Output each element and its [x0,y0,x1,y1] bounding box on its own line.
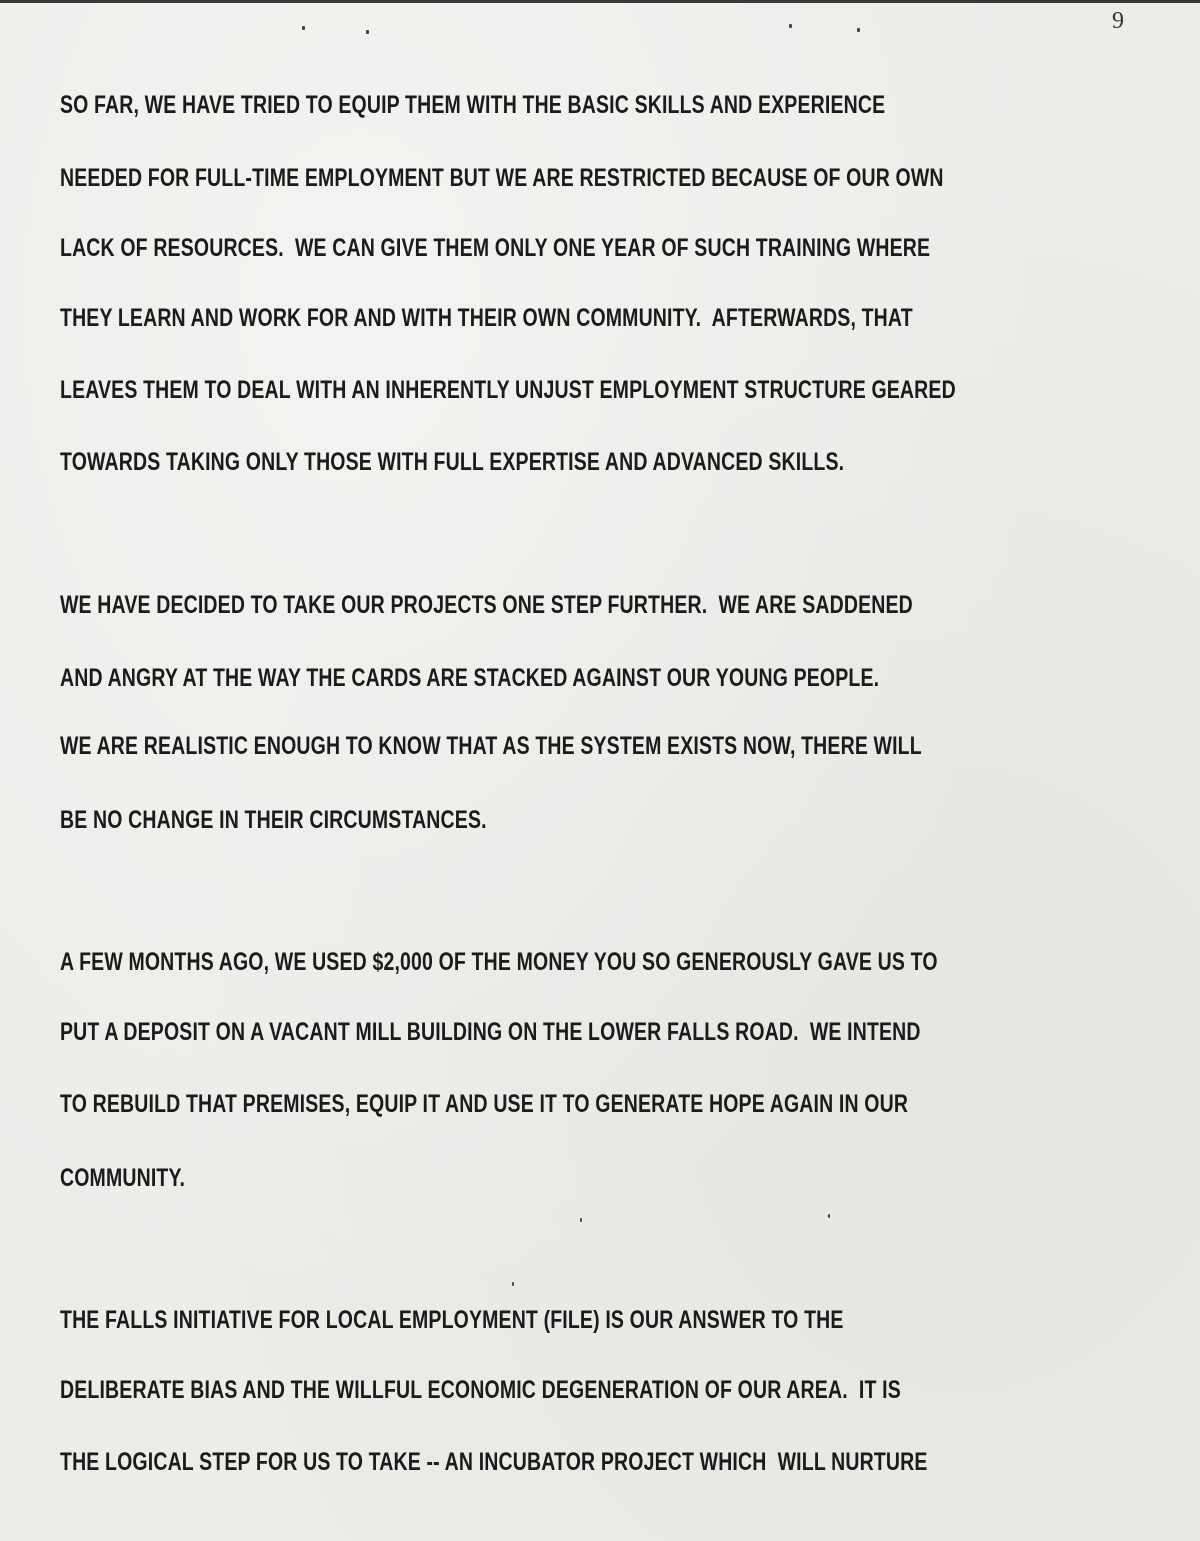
scan-speck [789,24,792,28]
text-line: THE LOGICAL STEP FOR US TO TAKE -- AN IN… [60,1447,928,1477]
text-line: THE FALLS INITIATIVE FOR LOCAL EMPLOYMEN… [60,1305,844,1335]
scan-speck [857,28,860,32]
text-line: THEY LEARN AND WORK FOR AND WITH THEIR O… [60,303,913,333]
scan-speck [580,1218,582,1222]
text-line: WE HAVE DECIDED TO TAKE OUR PROJECTS ONE… [60,590,913,620]
text-line: PUT A DEPOSIT ON A VACANT MILL BUILDING … [60,1017,921,1047]
text-line: AND ANGRY AT THE WAY THE CARDS ARE STACK… [60,663,879,693]
text-line: NEEDED FOR FULL-TIME EMPLOYMENT BUT WE A… [60,163,944,193]
text-line: BE NO CHANGE IN THEIR CIRCUMSTANCES. [60,805,487,835]
text-line: A FEW MONTHS AGO, WE USED $2,000 OF THE … [60,947,938,977]
text-line: WE ARE REALISTIC ENOUGH TO KNOW THAT AS … [60,731,922,761]
scan-speck [366,30,369,34]
scan-speck [512,1282,514,1286]
text-line: LACK OF RESOURCES. WE CAN GIVE THEM ONLY… [60,233,930,263]
text-line: TOWARDS TAKING ONLY THOSE WITH FULL EXPE… [60,447,844,477]
scan-speck [828,1214,830,1218]
document-page: 9 SO FAR, WE HAVE TRIED TO EQUIP THEM WI… [0,0,1200,1541]
text-line: TO REBUILD THAT PREMISES, EQUIP IT AND U… [60,1089,908,1119]
page-number: 9 [1112,8,1124,35]
text-line: COMMUNITY. [60,1163,185,1193]
scan-speck [302,26,305,30]
text-line: SO FAR, WE HAVE TRIED TO EQUIP THEM WITH… [60,90,885,120]
text-line: DELIBERATE BIAS AND THE WILLFUL ECONOMIC… [60,1375,901,1405]
scan-top-edge [0,0,1200,3]
text-line: LEAVES THEM TO DEAL WITH AN INHERENTLY U… [60,375,956,405]
